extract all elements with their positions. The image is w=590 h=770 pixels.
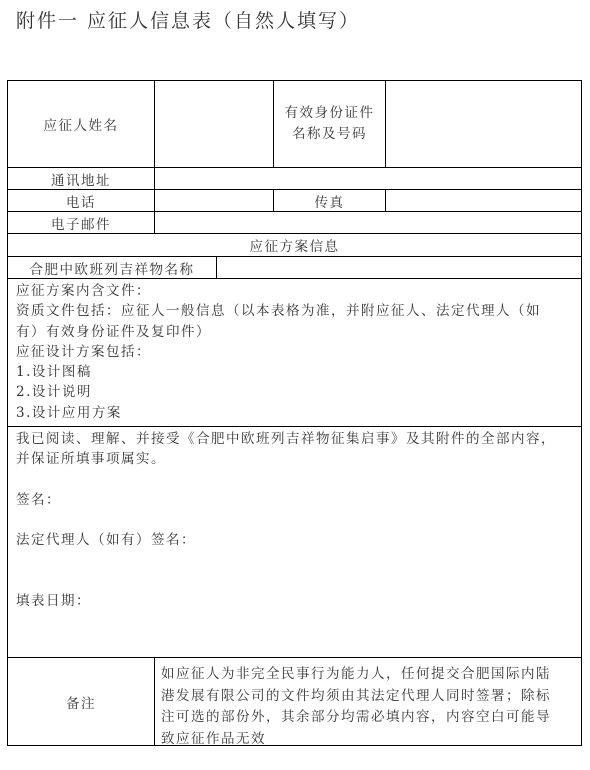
phone-label: 电话 (7, 189, 155, 212)
declaration-line: 并保证所填事项属实。 (16, 449, 581, 469)
remarks-line: 如应征人为非完全民事行为能力人，任何提交合肥国际内陆 (161, 664, 575, 686)
id-document-label: 有效身份证件 名称及号码 (273, 80, 386, 168)
mascot-name-field[interactable] (216, 256, 582, 279)
applicant-name-field[interactable] (154, 80, 274, 168)
declaration-block: 我已阅读、理解、并接受《合肥中欧班列吉祥物征集启事》及其附件的全部内容， 并保证… (7, 426, 582, 658)
fax-label: 传真 (273, 189, 386, 212)
remarks-line: 注可选的部份外，其余部分均需必填内容，内容空白可能导 (161, 707, 575, 729)
phone-field[interactable] (154, 189, 274, 212)
proposal-files-block: 应征方案内含文件： 资质文件包括：应征人一般信息（以本表格为准，并附应征人、法定… (7, 278, 582, 427)
files-line: 3.设计应用方案 (16, 403, 581, 423)
files-line: 有）有效身份证件及复印件） (16, 322, 581, 342)
proposal-section-header: 应征方案信息 (7, 233, 582, 257)
document-title: 附件一 应征人信息表（自然人填写） (16, 6, 360, 33)
address-field[interactable] (154, 167, 582, 190)
remarks-line: 致应征作品无效 (161, 729, 575, 751)
fax-field[interactable] (385, 189, 582, 212)
remarks-label: 备注 (7, 657, 155, 746)
remarks-line: 港发展有限公司的文件均须由其法定代理人同时签署；除标 (161, 686, 575, 708)
id-document-field[interactable] (385, 80, 582, 168)
declaration-line: 我已阅读、理解、并接受《合肥中欧班列吉祥物征集启事》及其附件的全部内容， (16, 429, 581, 449)
email-field[interactable] (154, 211, 582, 234)
date-label: 填表日期： (16, 591, 581, 611)
files-line: 2.设计说明 (16, 382, 581, 402)
email-label: 电子邮件 (7, 211, 155, 234)
files-line: 应征设计方案包括： (16, 342, 581, 362)
remarks-text: 如应征人为非完全民事行为能力人，任何提交合肥国际内陆 港发展有限公司的文件均须由… (154, 657, 582, 746)
guardian-signature-label: 法定代理人（如有）签名： (16, 530, 581, 550)
mascot-name-label: 合肥中欧班列吉祥物名称 (7, 256, 217, 279)
applicant-name-label: 应征人姓名 (7, 80, 155, 168)
address-label: 通讯地址 (7, 167, 155, 190)
signature-label: 签名： (16, 490, 581, 510)
files-line: 应征方案内含文件： (16, 281, 581, 301)
files-line: 资质文件包括：应征人一般信息（以本表格为准，并附应征人、法定代理人（如 (16, 301, 581, 321)
id-document-label-line1: 有效身份证件 (285, 103, 375, 124)
id-document-label-line2: 名称及号码 (292, 124, 367, 145)
files-line: 1.设计图稿 (16, 362, 581, 382)
